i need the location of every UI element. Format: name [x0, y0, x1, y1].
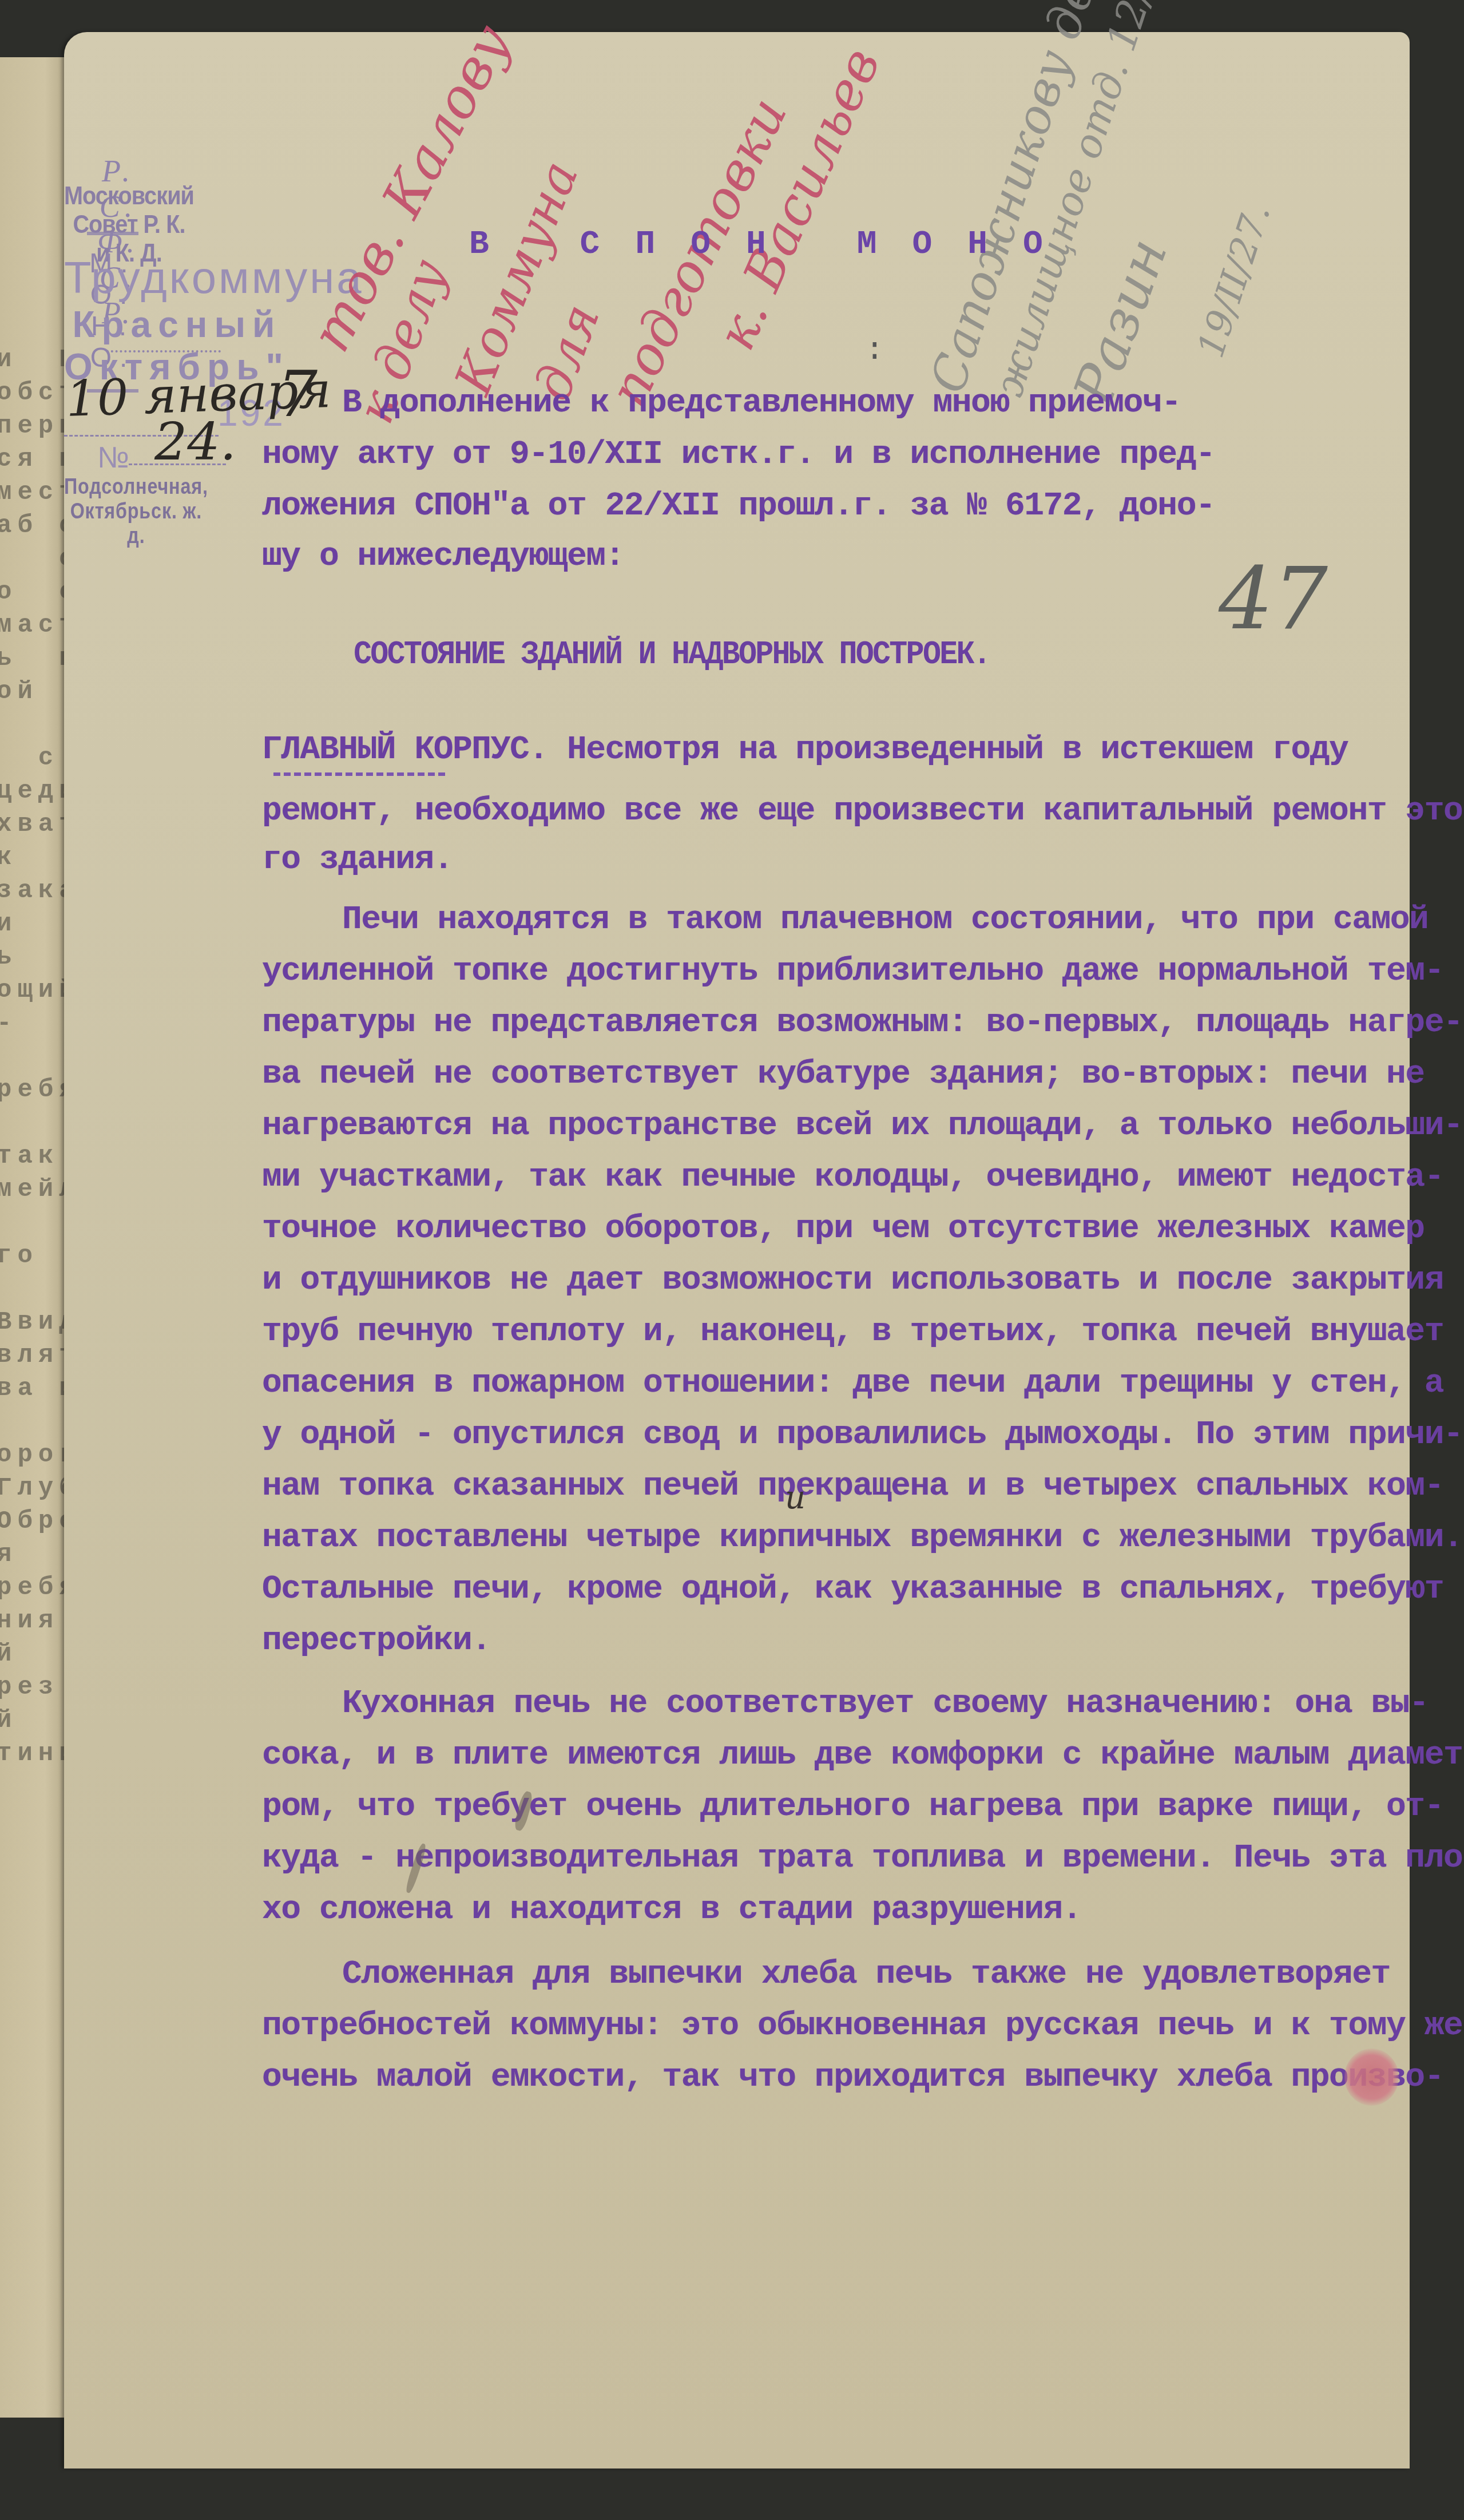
paragraph-line: Сложенная для выпечки хлеба печь также н… — [342, 1956, 1464, 1993]
underlying-page-strip: и П oбств перь ся на мeстe аб отн обра о… — [0, 57, 64, 2418]
paragraph-line: Печи находятся в таком плачевном состоян… — [342, 901, 1464, 938]
heading-underline — [273, 772, 445, 776]
paragraph-line: Остальные печи, кроме одной, как указанн… — [262, 1571, 1392, 1608]
stamp-ornament-divider — [106, 350, 221, 355]
paragraph-line: го здания. — [262, 841, 1392, 878]
paragraph-line: и отдушников не дает возможности использ… — [262, 1262, 1392, 1299]
paragraph-line: хо сложена и находится в стадии разрушен… — [262, 1891, 1392, 1928]
paragraph-line: нам топка сказанных печей прекращена и в… — [262, 1468, 1392, 1505]
stamp-number-label: № — [97, 441, 129, 475]
intro-line: ному акту от 9-10/XII истк.г. и в исполн… — [262, 436, 1392, 473]
paragraph-line: ГЛАВНЫЙ КОРПУС. Несмотря на произведенны… — [262, 731, 1392, 768]
addressee: В СПОН МОНО — [469, 226, 1078, 263]
paragraph-line: нагреваются на пространстве всей их площ… — [262, 1107, 1392, 1144]
handwritten-reg-number: 24. — [154, 412, 236, 472]
paragraph-line: перестройки. — [262, 1622, 1392, 1659]
handwritten-insertion: и — [785, 1479, 806, 1516]
paragraph-line: сока, и в плите имеются лишь две комфорк… — [262, 1737, 1392, 1774]
red-ink-blot — [1344, 2049, 1399, 2106]
paragraph-line: у одной - опустился свод и провалились д… — [262, 1416, 1392, 1453]
paragraph-line: усиленной топке достигнуть приблизительн… — [262, 953, 1392, 990]
intro-line: ложения СПОН"а от 22/XII прошл.г. за № 6… — [262, 488, 1392, 525]
paragraph-line: пературы не представляется возможным: во… — [262, 1004, 1392, 1041]
intro-line: шу о нижеследующем: — [262, 538, 1392, 575]
paragraph-line: ми участками, так как печные колодцы, оч… — [262, 1159, 1392, 1196]
paragraph-line: куда - непроизводительная трата топлива … — [262, 1840, 1392, 1877]
section-title: СОСТОЯНИЕ ЗДАНИЙ И НАДВОРНЫХ ПОСТРОЕК. — [354, 636, 990, 673]
paragraph-line: точное количество оборотов, при чем отсу… — [262, 1210, 1392, 1247]
handwritten-year-digit: 7 — [277, 358, 318, 431]
addressee-colon: : — [865, 332, 884, 369]
paragraph-line: труб печную теплоту и, наконец, в третьи… — [262, 1313, 1392, 1350]
paragraph-line: потребностей коммуны: это обыкновенная р… — [262, 2007, 1392, 2044]
paragraph-line: ва печей не соответствует кубатуре здани… — [262, 1056, 1392, 1093]
underlying-page-text: и П oбств перь ся на мeстe аб отн обра о… — [0, 343, 64, 1770]
stamp-address: Подсолнечная, Октябрьск. ж. д. — [64, 475, 208, 549]
paragraph-line: ром, что требует очень длительного нагре… — [262, 1788, 1392, 1825]
paragraph-line: ремонт, необходимо все же еще произвести… — [262, 793, 1392, 830]
paragraph-line: Кухонная печь не соответствует своему на… — [342, 1685, 1464, 1722]
paragraph-line: опасения в пожарном отношении: две печи … — [262, 1365, 1392, 1402]
paragraph-line: очень малой емкости, так что приходится … — [262, 2059, 1392, 2096]
paragraph-line: натах поставлены четыре кирпичных времян… — [262, 1519, 1392, 1556]
intro-line: В дополнение к представленному мною прие… — [342, 385, 1464, 422]
